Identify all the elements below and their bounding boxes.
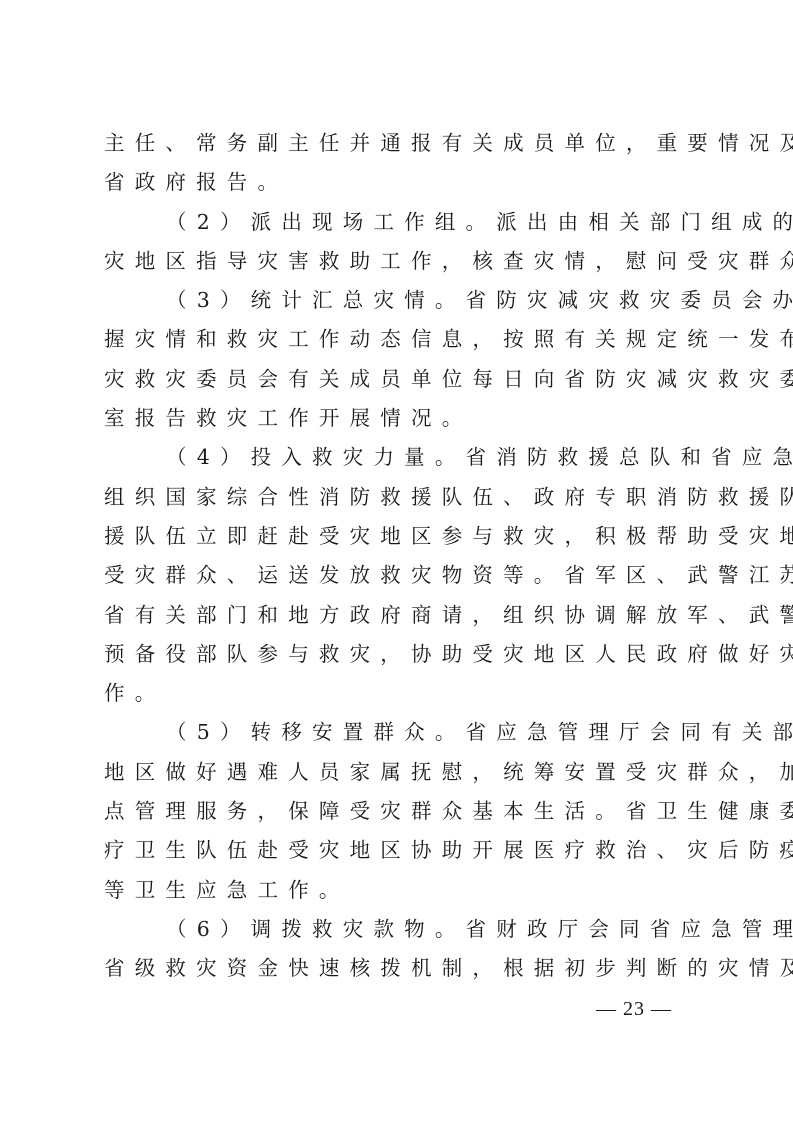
paragraph-item-5: （5）转移安置群众。省应急管理厅会同有关部门指导受灾 地区做好遇难人员家属抚慰，… [104,713,694,909]
text-line: 点管理服务，保障受灾群众基本生活。省卫生健康委及时组织医 [104,792,694,831]
paragraph-item-4: （4）投入救灾力量。省消防救援总队和省应急管理厅分别 组织国家综合性消防救援队伍… [104,438,694,713]
text-line: 预备役部队参与救灾，协助受灾地区人民政府做好灾害救助工 [104,635,694,674]
text-line: （5）转移安置群众。省应急管理厅会同有关部门指导受灾 [104,713,694,752]
text-line: 握灾情和救灾工作动态信息，按照有关规定统一发布。省防灾减 [104,320,694,359]
text-line: （3）统计汇总灾情。省防灾减灾救灾委员会办公室及时掌 [104,281,694,320]
paragraph-item-6: （6）调拨救灾款物。省财政厅会同省应急管理厅迅速启动 省级救灾资金快速核拨机制，… [104,910,694,989]
text-line: 等卫生应急工作。 [104,871,694,910]
paragraph-item-2: （2）派出现场工作组。派出由相关部门组成的工作组赴受 灾地区指导灾害救助工作，核… [104,203,694,282]
paragraph-item-3: （3）统计汇总灾情。省防灾减灾救灾委员会办公室及时掌 握灾情和救灾工作动态信息，… [104,281,694,438]
page-number: — 23 — [594,998,674,1021]
text-line: 主任、常务副主任并通报有关成员单位，重要情况及时向省委、 [104,124,694,163]
text-line: 地区做好遇难人员家属抚慰，统筹安置受灾群众，加强集中安置 [104,753,694,792]
paragraph-continuation: 主任、常务副主任并通报有关成员单位，重要情况及时向省委、 省政府报告。 [104,124,694,203]
text-line: （4）投入救灾力量。省消防救援总队和省应急管理厅分别 [104,438,694,477]
text-line: 灾救灾委员会有关成员单位每日向省防灾减灾救灾委员会办公 [104,360,694,399]
document-body: 主任、常务副主任并通报有关成员单位，重要情况及时向省委、 省政府报告。 （2）派… [104,124,694,989]
text-line: 作。 [104,674,694,713]
text-line: 省级救灾资金快速核拨机制，根据初步判断的灾情及时预拨省级 [104,949,694,988]
text-line: 灾地区指导灾害救助工作，核查灾情，慰问受灾群众。 [104,242,694,281]
text-line: 组织国家综合性消防救援队伍、政府专职消防救援队伍和专业救 [104,478,694,517]
text-line: （2）派出现场工作组。派出由相关部门组成的工作组赴受 [104,203,694,242]
text-line: 室报告救灾工作开展情况。 [104,399,694,438]
text-line: （6）调拨救灾款物。省财政厅会同省应急管理厅迅速启动 [104,910,694,949]
document-page: 主任、常务副主任并通报有关成员单位，重要情况及时向省委、 省政府报告。 （2）派… [0,0,793,1122]
text-line: 省政府报告。 [104,163,694,202]
text-line: 省有关部门和地方政府商请，组织协调解放军、武警部队、民兵、 [104,596,694,635]
text-line: 受灾群众、运送发放救灾物资等。省军区、武警江苏省总队根据 [104,556,694,595]
text-line: 援队伍立即赶赴受灾地区参与救灾，积极帮助受灾地区救援转移 [104,517,694,556]
text-line: 疗卫生队伍赴受灾地区协助开展医疗救治、灾后防疫和心理援助 [104,831,694,870]
